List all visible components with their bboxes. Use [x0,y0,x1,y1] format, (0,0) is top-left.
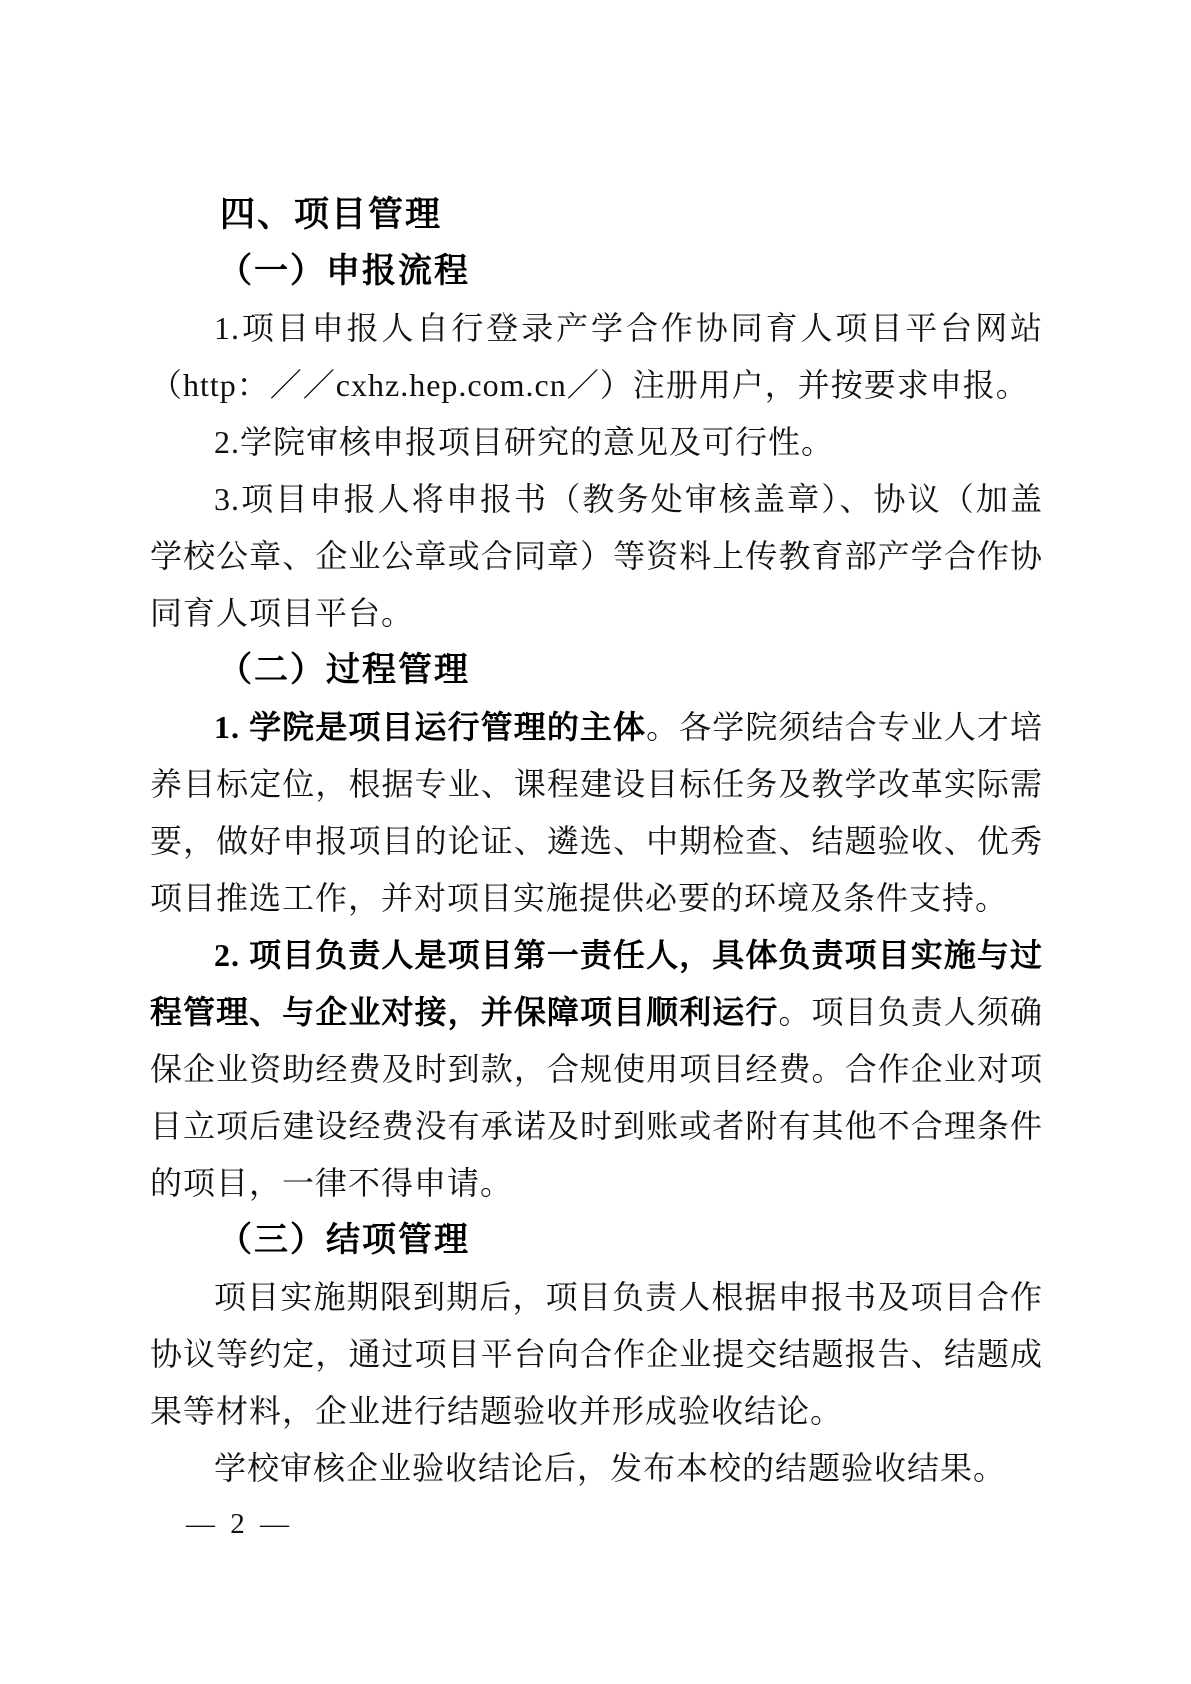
paragraph-text: 学校审核企业验收结论后，发布本校的结题验收结果。 [214,1450,1006,1486]
document-content: 四、项目管理 （一）申报流程 1.项目申报人自行登录产学合作协同育人项目平台网站… [150,186,1043,1497]
paragraph-bold-lead: 1. 学院是项目运行管理的主体 [214,709,646,745]
paragraph-text: 项目实施期限到期后，项目负责人根据申报书及项目合作协议等约定，通过项目平台向合作… [150,1279,1043,1429]
paragraph-text: 3.项目申报人将申报书（教务处审核盖章）、协议（加盖学校公章、企业公章或合同章）… [150,481,1043,631]
subsection-application-process: （一）申报流程 1.项目申报人自行登录产学合作协同育人项目平台网站（http：／… [150,243,1043,642]
paragraph-text: 2.学院审核申报项目研究的意见及可行性。 [214,424,834,460]
paragraph-process-item-1: 1. 学院是项目运行管理的主体。各学院须结合专业人才培养目标定位，根据专业、课程… [150,699,1043,927]
document-page: 四、项目管理 （一）申报流程 1.项目申报人自行登录产学合作协同育人项目平台网站… [0,0,1191,1684]
subsection-process-management: （二）过程管理 1. 学院是项目运行管理的主体。各学院须结合专业人才培养目标定位… [150,642,1043,1212]
paragraph-application-step-2: 2.学院审核申报项目研究的意见及可行性。 [150,414,1043,471]
page-number: — 2 — [186,1508,293,1541]
subsection-heading-process-management: （二）过程管理 [150,642,1043,699]
paragraph-text: 1.项目申报人自行登录产学合作协同育人项目平台网站（http：／／cxhz.he… [150,310,1043,403]
subsection-closure-management: （三）结项管理 项目实施期限到期后，项目负责人根据申报书及项目合作协议等约定，通… [150,1212,1043,1497]
subsection-heading-application-process: （一）申报流程 [150,243,1043,300]
paragraph-process-item-2: 2. 项目负责人是项目第一责任人，具体负责项目实施与过程管理、与企业对接，并保障… [150,927,1043,1212]
subsection-heading-closure-management: （三）结项管理 [150,1212,1043,1269]
paragraph-application-step-1: 1.项目申报人自行登录产学合作协同育人项目平台网站（http：／／cxhz.he… [150,300,1043,414]
paragraph-closure-2: 学校审核企业验收结论后，发布本校的结题验收结果。 [150,1440,1043,1497]
paragraph-closure-1: 项目实施期限到期后，项目负责人根据申报书及项目合作协议等约定，通过项目平台向合作… [150,1269,1043,1440]
section-title: 四、项目管理 [150,186,1043,243]
paragraph-application-step-3: 3.项目申报人将申报书（教务处审核盖章）、协议（加盖学校公章、企业公章或合同章）… [150,471,1043,642]
